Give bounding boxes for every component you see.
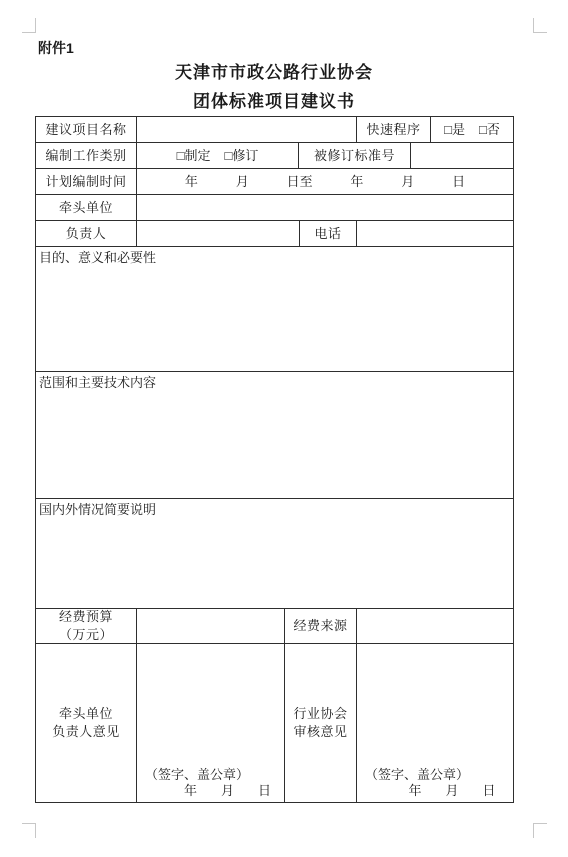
budget-label-line2: （万元） bbox=[59, 626, 113, 644]
assoc-opinion-label-line1: 行业协会 bbox=[293, 705, 347, 723]
sign-date-day: 日 bbox=[483, 783, 496, 799]
document-titles: 天津市市政公路行业协会 团体标准项目建议书 bbox=[35, 58, 513, 116]
field-label-assoc-opinion: 行业协会 审核意见 bbox=[285, 644, 357, 803]
lead-opinion-sign-area[interactable]: （签字、盖公章） 年 月 日 bbox=[137, 644, 285, 803]
row-work-type: 编制工作类别 □制定 □修订 被修订标准号 bbox=[36, 143, 514, 169]
field-input-fund-source[interactable] bbox=[357, 609, 514, 644]
date-part-day-to: 日至 bbox=[287, 174, 313, 190]
margin-mark-bottom-left bbox=[22, 823, 36, 838]
field-label-lead-opinion: 牵头单位 负责人意见 bbox=[36, 644, 137, 803]
assoc-opinion-sign-date: 年 月 日 bbox=[357, 783, 513, 799]
section-overview[interactable]: 国内外情况简要说明 bbox=[36, 499, 514, 609]
margin-mark-top-right bbox=[533, 18, 547, 33]
budget-label-line1: 经费预算 bbox=[59, 608, 113, 626]
field-input-revised-standard[interactable] bbox=[411, 143, 514, 169]
row-lead-unit: 牵头单位 bbox=[36, 195, 514, 221]
field-input-person[interactable] bbox=[137, 221, 300, 247]
field-label-work-type: 编制工作类别 bbox=[36, 143, 137, 169]
field-label-plan-time: 计划编制时间 bbox=[36, 169, 137, 195]
field-label-person: 负责人 bbox=[36, 221, 137, 247]
section-purpose[interactable]: 目的、意义和必要性 bbox=[36, 247, 514, 372]
row-person-phone: 负责人 电话 bbox=[36, 221, 514, 247]
date-part-month-end: 月 bbox=[401, 174, 414, 190]
lead-opinion-sign-note: （签字、盖公章） bbox=[137, 767, 284, 783]
checkbox-fast-track-yes[interactable]: □是 bbox=[444, 122, 465, 138]
date-part-year-start: 年 bbox=[185, 174, 198, 190]
sign-date-year: 年 bbox=[184, 783, 197, 799]
sign-date-month: 月 bbox=[221, 783, 234, 799]
lead-opinion-sign-date: 年 月 日 bbox=[137, 783, 284, 799]
document-page: 附件1 天津市市政公路行业协会 团体标准项目建议书 建议项目名称 快速程序 □是… bbox=[0, 0, 568, 857]
field-label-project-name: 建议项目名称 bbox=[36, 117, 137, 143]
attachment-label: 附件1 bbox=[38, 38, 74, 58]
section-scope[interactable]: 范围和主要技术内容 bbox=[36, 372, 514, 499]
lead-opinion-label-line2: 负责人意见 bbox=[52, 723, 120, 741]
doc-title-line2: 团体标准项目建议书 bbox=[35, 87, 513, 116]
doc-title-line1: 天津市市政公路行业协会 bbox=[35, 58, 513, 87]
checkbox-work-type-revise[interactable]: □修订 bbox=[225, 148, 259, 164]
date-part-month-start: 月 bbox=[236, 174, 249, 190]
field-label-lead-unit: 牵头单位 bbox=[36, 195, 137, 221]
proposal-form-table: 建议项目名称 快速程序 □是 □否 编制工作类别 □制定 □修订 被修订标准号 … bbox=[35, 116, 514, 803]
checkbox-fast-track-no[interactable]: □否 bbox=[479, 122, 500, 138]
assoc-opinion-sign-note: （签字、盖公章） bbox=[357, 767, 513, 783]
date-part-day-end: 日 bbox=[452, 174, 465, 190]
sign-date-day: 日 bbox=[258, 783, 271, 799]
field-label-fast-track: 快速程序 bbox=[357, 117, 431, 143]
row-budget: 经费预算 （万元） 经费来源 bbox=[36, 609, 514, 644]
sign-date-year: 年 bbox=[408, 783, 421, 799]
field-input-plan-time[interactable]: 年 月 日至 年 月 日 bbox=[137, 169, 514, 195]
work-type-options: □制定 □修订 bbox=[137, 143, 299, 169]
sign-date-month: 月 bbox=[445, 783, 458, 799]
lead-opinion-label-line1: 牵头单位 bbox=[59, 705, 113, 723]
margin-mark-bottom-right bbox=[533, 823, 547, 838]
margin-mark-top-left bbox=[22, 18, 36, 33]
row-opinions: 牵头单位 负责人意见 （签字、盖公章） 年 月 日 行业协会 审核意见 （签字、… bbox=[36, 644, 514, 803]
row-project-name: 建议项目名称 快速程序 □是 □否 bbox=[36, 117, 514, 143]
section-label-overview: 国内外情况简要说明 bbox=[39, 502, 156, 517]
section-label-scope: 范围和主要技术内容 bbox=[39, 375, 156, 390]
assoc-opinion-sign-area[interactable]: （签字、盖公章） 年 月 日 bbox=[357, 644, 514, 803]
assoc-opinion-label-line2: 审核意见 bbox=[293, 723, 347, 741]
field-label-budget: 经费预算 （万元） bbox=[36, 609, 137, 644]
field-label-phone: 电话 bbox=[300, 221, 357, 247]
date-part-year-end: 年 bbox=[350, 174, 363, 190]
field-input-lead-unit[interactable] bbox=[137, 195, 514, 221]
field-label-fund-source: 经费来源 bbox=[285, 609, 357, 644]
field-label-revised-standard: 被修订标准号 bbox=[299, 143, 411, 169]
section-label-purpose: 目的、意义和必要性 bbox=[39, 250, 156, 265]
field-input-phone[interactable] bbox=[357, 221, 514, 247]
fast-track-options: □是 □否 bbox=[431, 117, 514, 143]
field-input-budget[interactable] bbox=[137, 609, 285, 644]
checkbox-work-type-draft[interactable]: □制定 bbox=[177, 148, 211, 164]
field-input-project-name[interactable] bbox=[137, 117, 357, 143]
row-plan-time: 计划编制时间 年 月 日至 年 月 日 bbox=[36, 169, 514, 195]
